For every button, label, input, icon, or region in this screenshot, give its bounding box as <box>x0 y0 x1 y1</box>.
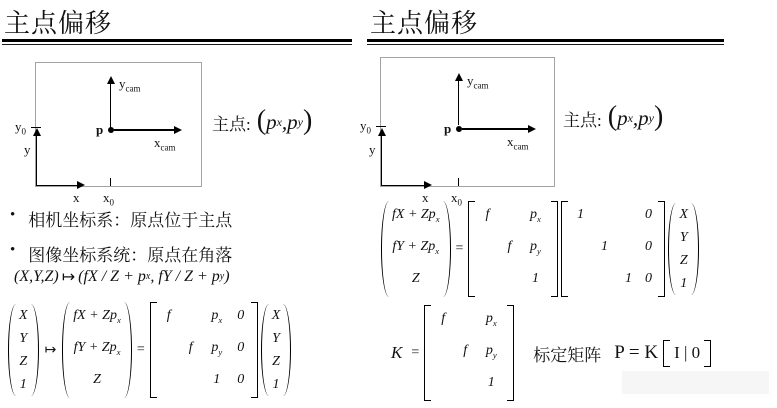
y-axis-line <box>381 135 382 186</box>
x-axis-arrowhead-icon <box>77 181 85 189</box>
left-bullet-image-frame: • 图像坐标系统：原点在角落 <box>10 241 232 266</box>
right-decomposition-equation: fX + Zpx fY + Zpx Z = f px f py 1 <box>381 194 699 304</box>
ycam-arrowhead-icon <box>455 73 463 81</box>
principal-point-label: p <box>96 123 103 136</box>
slides-canvas: 主点偏移 p ycam xcam y0 y x x0 主点: ( px , py… <box>0 0 777 408</box>
xcam-arrowhead-icon <box>174 126 182 134</box>
vector-xyz1-output: X Y Z 1 <box>668 203 699 295</box>
x-axis-line <box>381 185 425 187</box>
y-axis-label: y <box>369 143 376 156</box>
x0-tick <box>110 178 111 186</box>
ycam-axis-label: ycam <box>467 74 489 91</box>
y0-label: y0 <box>15 120 26 137</box>
xcam-axis-line <box>462 128 528 129</box>
y0-label: y0 <box>360 119 371 136</box>
calibration-matrix-K: f px f py 1 <box>424 305 514 400</box>
P-equals-K-text: P = K <box>614 342 658 364</box>
y-axis-label: y <box>24 143 31 156</box>
y-axis-line <box>36 135 37 186</box>
right-slide-title: 主点偏移 <box>370 3 478 40</box>
y-axis-arrowhead-icon <box>378 128 386 136</box>
right-principal-point-text: 主点: ( px , py ) <box>563 102 663 134</box>
ycam-axis-line <box>110 83 111 128</box>
x-axis-line <box>36 185 78 187</box>
x-axis-arrowhead-icon <box>424 181 432 189</box>
ycam-axis-line <box>458 80 459 125</box>
vector-projected: fX + Zpx fY + Zpx Z <box>62 302 132 397</box>
left-title-underline <box>2 39 352 45</box>
vector-xyz1-output: X Y Z 1 <box>261 304 292 396</box>
ycam-arrowhead-icon <box>107 76 115 84</box>
xcam-arrowhead-icon <box>528 125 536 133</box>
left-principal-point-text: 主点: ( px , py ) <box>212 106 312 138</box>
left-slide-title: 主点偏移 <box>4 3 112 40</box>
xcam-axis-line <box>114 129 174 130</box>
ycam-axis-label: ycam <box>119 77 141 94</box>
x0-tick <box>458 178 459 186</box>
left-image-plane-diagram: p ycam xcam y0 y x x0 <box>35 62 202 187</box>
faint-highlight-rect <box>622 371 769 394</box>
xcam-axis-label: xcam <box>507 135 529 152</box>
y-axis-arrowhead-icon <box>33 128 41 136</box>
left-projection-equation: X Y Z 1 ↦ fX + Zpx fY + Zpx Z = f px <box>8 298 291 402</box>
vector-projected: fX + Zpx fY + Zpx Z <box>381 201 451 296</box>
right-image-plane-diagram: p ycam xcam y0 y x x0 <box>380 57 555 187</box>
xcam-axis-label: xcam <box>154 136 176 153</box>
projection-matrix-3x4: f px 0 f py 0 1 0 <box>150 302 258 397</box>
principal-point-label: p <box>444 122 451 135</box>
left-inline-mapping-formula: (X,Y,Z) ↦ (fX / Z + px , fY / Z + py ) <box>14 267 230 286</box>
y0-tick <box>376 126 386 127</box>
I-zero-bracket: I | 0 <box>663 340 711 367</box>
identity-zero-matrix: 1 0 1 0 1 0 <box>561 201 665 296</box>
right-title-underline <box>367 39 724 45</box>
left-bullet-camera-frame: • 相机坐标系：原点位于主点 <box>10 206 232 231</box>
calibration-matrix-caption: 标定矩阵 <box>533 341 601 366</box>
x-axis-label: x <box>73 191 80 204</box>
vector-xyz1-input: X Y Z 1 <box>8 304 39 396</box>
calibration-matrix-K: f px f py 1 <box>468 201 558 296</box>
